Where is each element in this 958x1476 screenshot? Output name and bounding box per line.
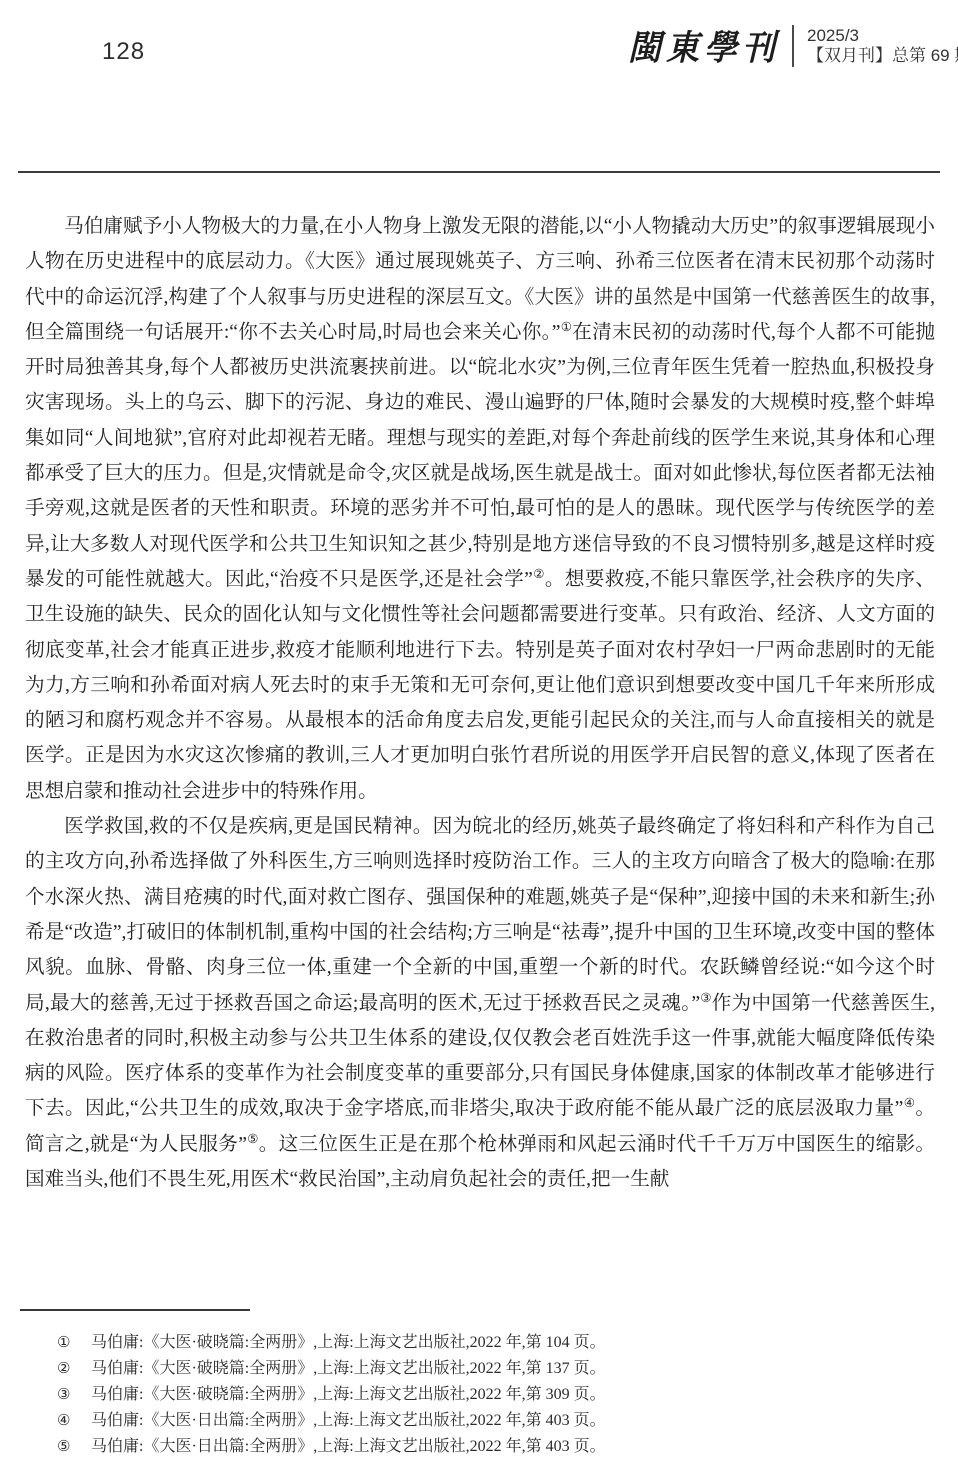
- footnote-text: 马伯庸:《大医·日出篇:全两册》,上海:上海文艺出版社,2022 年,第 403…: [91, 1409, 606, 1433]
- journal-page: 128 閩東學刊 2025/3 【双月刊】总第 69 期 马伯庸赋予小人物极大的…: [0, 0, 958, 1476]
- footnote-ref: ①: [560, 320, 572, 334]
- footnote-ref: ④: [903, 1096, 915, 1110]
- footnote-item: ③ 马伯庸:《大医·破晓篇:全两册》,上海:上海文艺出版社,2022 年,第 3…: [57, 1383, 917, 1409]
- footnote-text: 马伯庸:《大医·日出篇:全两册》,上海:上海文艺出版社,2022 年,第 403…: [91, 1435, 606, 1459]
- issue-date: 2025/3: [807, 26, 958, 46]
- top-rule: [18, 171, 940, 173]
- body-paragraph: 马伯庸赋予小人物极大的力量,在小人物身上激发无限的潜能,以“小人物撬动大历史”的…: [25, 209, 935, 809]
- page-number: 128: [102, 38, 145, 66]
- article-body: 马伯庸赋予小人物极大的力量,在小人物身上激发无限的潜能,以“小人物撬动大历史”的…: [25, 209, 935, 1197]
- issue-info: 2025/3 【双月刊】总第 69 期: [807, 26, 958, 66]
- paragraph-text: 。想要救疫,不能只靠医学,社会秩序的失序、卫生设施的缺失、民众的固化认知与文化惯…: [25, 569, 935, 802]
- footnote-ref: ⑤: [247, 1132, 259, 1146]
- issue-volume: 【双月刊】总第 69 期: [807, 46, 958, 66]
- paragraph-text: 在清末民初的动荡时代,每个人都不可能抛开时局独善其身,每个人都被历史洪流裹挟前进…: [25, 322, 935, 590]
- footnote-ref: ③: [700, 991, 712, 1005]
- journal-title: 閩東學刊: [628, 21, 780, 70]
- footnote-text: 马伯庸:《大医·破晓篇:全两册》,上海:上海文艺出版社,2022 年,第 137…: [91, 1357, 606, 1381]
- masthead: 閩東學刊 2025/3 【双月刊】总第 69 期: [628, 22, 958, 69]
- footnote-mark: ③: [57, 1383, 77, 1407]
- masthead-divider: [792, 25, 794, 67]
- footnote-text: 马伯庸:《大医·破晓篇:全两册》,上海:上海文艺出版社,2022 年,第 309…: [91, 1383, 606, 1407]
- footnote-mark: ⑤: [57, 1435, 77, 1459]
- footnote-ref: ②: [533, 567, 545, 581]
- footnotes: ① 马伯庸:《大医·破晓篇:全两册》,上海:上海文艺出版社,2022 年,第 1…: [57, 1331, 917, 1461]
- paragraph-text: 医学救国,救的不仅是疾病,更是国民精神。因为皖北的经历,姚英子最终确定了将妇科和…: [25, 816, 935, 1013]
- footnote-mark: ①: [57, 1331, 77, 1355]
- footnote-item: ④ 马伯庸:《大医·日出篇:全两册》,上海:上海文艺出版社,2022 年,第 4…: [57, 1409, 917, 1435]
- body-paragraph: 医学救国,救的不仅是疾病,更是国民精神。因为皖北的经历,姚英子最终确定了将妇科和…: [25, 809, 935, 1197]
- footnote-item: ⑤ 马伯庸:《大医·日出篇:全两册》,上海:上海文艺出版社,2022 年,第 4…: [57, 1435, 917, 1461]
- footnote-mark: ④: [57, 1409, 77, 1433]
- footnote-item: ① 马伯庸:《大医·破晓篇:全两册》,上海:上海文艺出版社,2022 年,第 1…: [57, 1331, 917, 1357]
- footnote-item: ② 马伯庸:《大医·破晓篇:全两册》,上海:上海文艺出版社,2022 年,第 1…: [57, 1357, 917, 1383]
- footnote-mark: ②: [57, 1357, 77, 1381]
- footnote-separator: [20, 1309, 250, 1311]
- footnote-text: 马伯庸:《大医·破晓篇:全两册》,上海:上海文艺出版社,2022 年,第 104…: [91, 1331, 606, 1355]
